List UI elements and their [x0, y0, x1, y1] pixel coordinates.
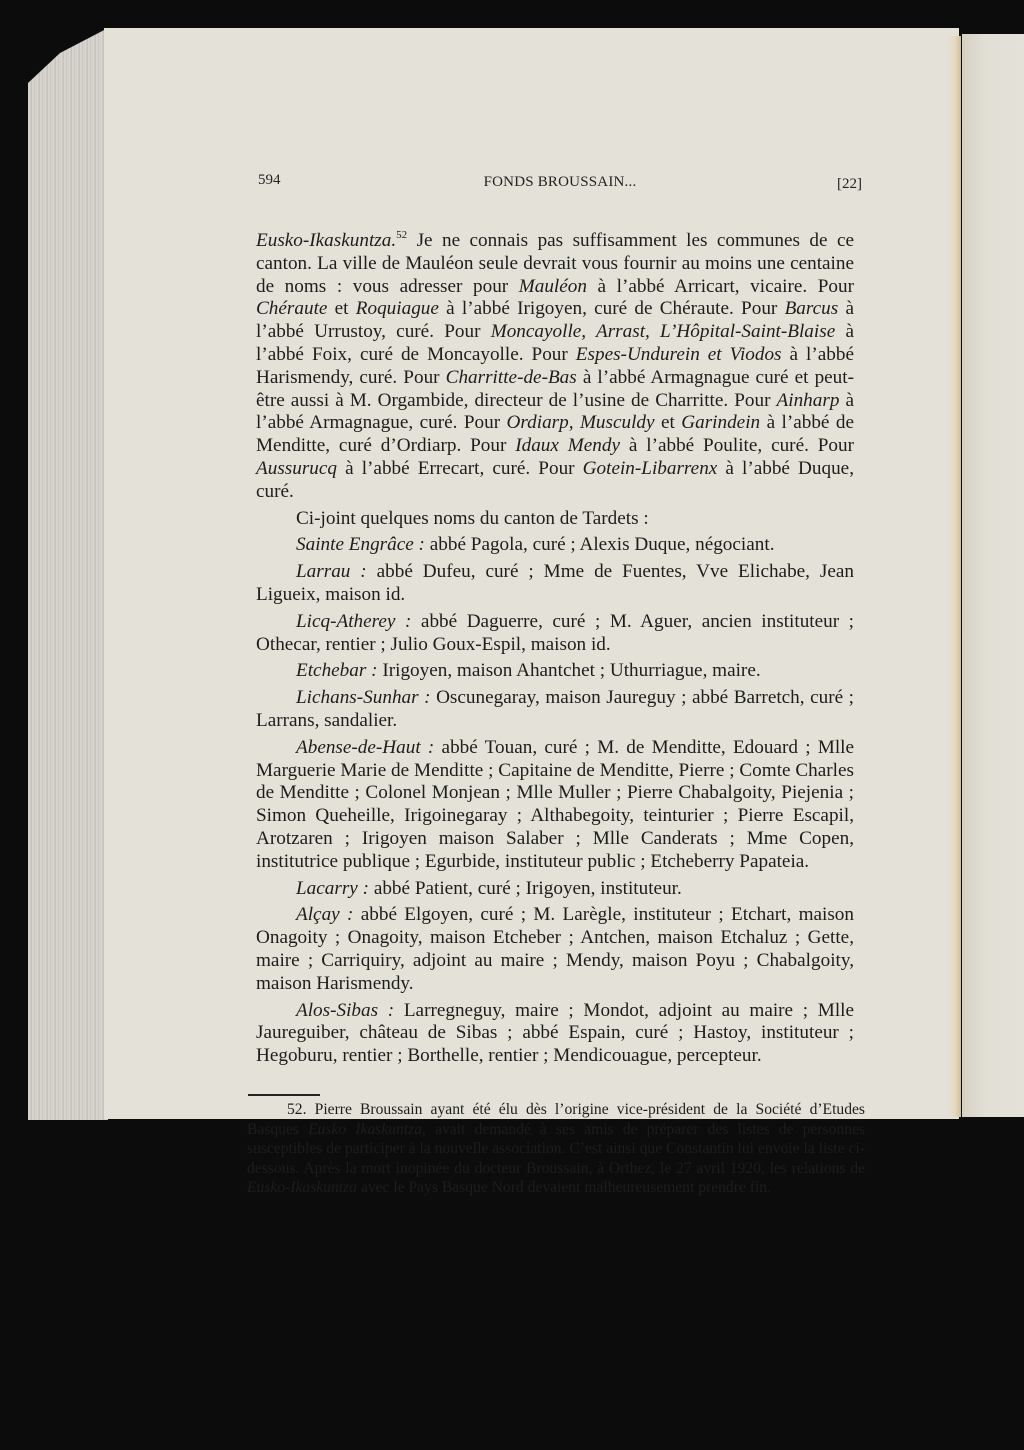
place-name: Idaux Mendy	[515, 435, 620, 456]
place-name: Garindein	[681, 412, 760, 433]
entry-lichans-sunhar: Lichans-Sunhar : Oscunegaray, maison Jau…	[256, 687, 854, 733]
book-gutter	[945, 36, 961, 1117]
italic-term: Eusko Ikaskuntza,	[308, 1121, 426, 1138]
place-name: Lichans-Sunhar :	[296, 687, 431, 708]
place-name: Alçay :	[296, 904, 353, 925]
footnote-text: 52. Pierre Broussain ayant été élu dès l…	[247, 1100, 865, 1198]
paragraph-1: Eusko-Ikaskuntza.52 Je ne connais pas su…	[256, 230, 854, 504]
book-page-edges	[28, 28, 108, 1120]
place-name: Ainharp	[777, 390, 840, 411]
entry-larrau: Larrau : abbé Dufeu, curé ; Mme de Fuent…	[256, 561, 854, 607]
place-name: Barcus	[785, 298, 839, 319]
place-name: Ordiarp, Musculdy	[507, 412, 655, 433]
footnote-ref[interactable]: 52	[396, 229, 407, 241]
right-page-edge	[962, 34, 1024, 1117]
place-name: Sainte Engrâce :	[296, 534, 425, 555]
running-head: 594 FONDS BROUSSAIN... [22]	[258, 170, 862, 194]
place-name: Moncayolle, Arrast, L’Hôpital-Saint-Blai…	[491, 321, 836, 342]
place-name: Etchebar :	[296, 660, 378, 681]
page-edges-stack	[28, 28, 108, 1120]
place-name: Charritte-de-Bas	[446, 367, 577, 388]
entry-lacarry: Lacarry : abbé Patient, curé ; Irigoyen,…	[256, 878, 854, 901]
section-number: [22]	[837, 176, 862, 193]
running-title: FONDS BROUSSAIN...	[258, 174, 862, 191]
place-name: Mauléon	[519, 276, 587, 297]
place-name: Larrau :	[296, 561, 367, 582]
italic-term: Eusko-Ikaskuntza	[247, 1179, 357, 1196]
place-name: Gotein-Libarrenx	[583, 458, 718, 479]
entry-alcay: Alçay : abbé Elgoyen, curé ; M. Larègle,…	[256, 904, 854, 995]
entry-sainte-engrace: Sainte Engrâce : abbé Pagola, curé ; Ale…	[256, 534, 854, 557]
place-name: Roquiague	[356, 298, 439, 319]
place-name: Licq-Atherey :	[296, 611, 411, 632]
footnote-52: 52. Pierre Broussain ayant été élu dès l…	[247, 1100, 865, 1198]
place-name: Lacarry :	[296, 878, 369, 899]
place-name: Espes-Undurein et Viodos	[576, 344, 782, 365]
body-text: Eusko-Ikaskuntza.52 Je ne connais pas su…	[256, 230, 854, 1068]
entry-licq-atherey: Licq-Atherey : abbé Daguerre, curé ; M. …	[256, 611, 854, 657]
entry-alos-sibas: Alos-Sibas : Larregneguy, maire ; Mondot…	[256, 1000, 854, 1068]
place-name: Chéraute	[256, 298, 327, 319]
entry-etchebar: Etchebar : Irigoyen, maison Ahantchet ; …	[256, 660, 854, 683]
place-name: Abense-de-Haut :	[296, 737, 434, 758]
entry-abense-de-haut: Abense-de-Haut : abbé Touan, curé ; M. d…	[256, 737, 854, 874]
place-name: Alos-Sibas :	[296, 1000, 394, 1021]
intro-paragraph: Ci-joint quelques noms du canton de Tard…	[256, 508, 854, 531]
italic-term: Eusko-Ikaskuntza.	[256, 230, 396, 251]
place-name: Aussurucq	[256, 458, 337, 479]
footnote-rule	[248, 1094, 320, 1096]
